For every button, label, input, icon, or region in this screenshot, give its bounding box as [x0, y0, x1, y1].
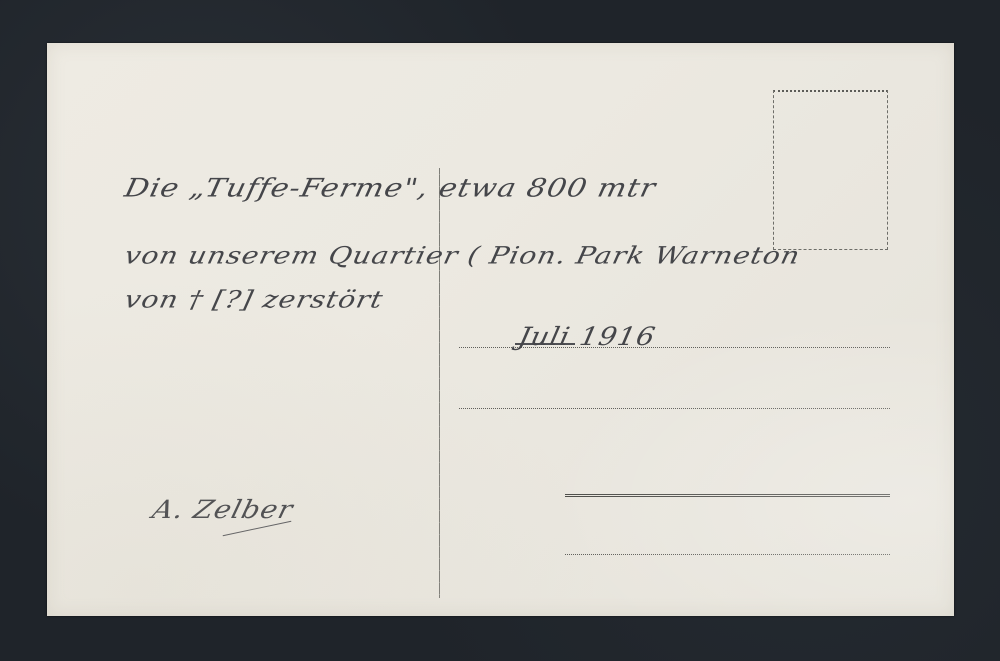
address-line-4 — [565, 554, 890, 555]
stamp-box — [773, 90, 888, 250]
center-divider-line — [439, 168, 440, 598]
message-line-1: Die „Tuffe-Ferme", etwa 800 mtr — [122, 174, 659, 204]
postcard-back: Die „Tuffe-Ferme", etwa 800 mtr von unse… — [47, 43, 954, 616]
address-line-3 — [565, 494, 890, 497]
message-date: Juli 1916 — [516, 322, 659, 352]
message-line-2: von unserem Quartier ( Pion. Park Warnet… — [122, 241, 803, 269]
address-line-2 — [459, 408, 890, 409]
signature: A. Zelber — [149, 495, 296, 525]
message-line-3: von † [?] zerstört — [122, 285, 386, 313]
